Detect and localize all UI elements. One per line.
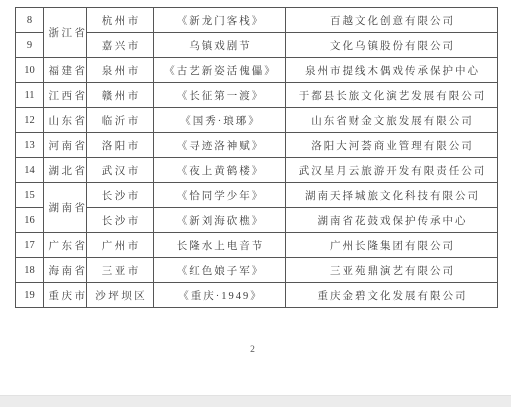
table-row: 12 山东省 临沂市 《国秀·琅琊》 山东省财金文旅发展有限公司	[16, 108, 498, 133]
city-cell: 沙坪坝区	[87, 283, 154, 308]
show-title-cell: 《夜上黄鹤楼》	[154, 158, 286, 183]
show-title-cell: 《长征第一渡》	[154, 83, 286, 108]
company-cell: 洛阳大河荟商业管理有限公司	[286, 133, 498, 158]
city-cell: 临沂市	[87, 108, 154, 133]
table-row: 11 江西省 赣州市 《长征第一渡》 于都县长旅文化演艺发展有限公司	[16, 83, 498, 108]
show-title-cell: 《新刘海砍樵》	[154, 208, 286, 233]
row-number-cell: 12	[16, 108, 44, 133]
table-row: 16 长沙市 《新刘海砍樵》 湖南省花鼓戏保护传承中心	[16, 208, 498, 233]
city-cell: 武汉市	[87, 158, 154, 183]
show-title-cell: 《古艺新姿活傀儡》	[154, 58, 286, 83]
company-cell: 武汉星月云旅游开发有限责任公司	[286, 158, 498, 183]
row-number-cell: 9	[16, 33, 44, 58]
show-title-cell: 《新龙门客栈》	[154, 8, 286, 33]
row-number-cell: 18	[16, 258, 44, 283]
row-number-cell: 19	[16, 283, 44, 308]
company-cell: 三亚苑鼎演艺有限公司	[286, 258, 498, 283]
province-cell: 海南省	[44, 258, 87, 283]
city-cell: 赣州市	[87, 83, 154, 108]
company-cell: 百越文化创意有限公司	[286, 8, 498, 33]
show-title-cell: 《国秀·琅琊》	[154, 108, 286, 133]
city-cell: 广州市	[87, 233, 154, 258]
page-number: 2	[0, 345, 505, 355]
province-cell: 河南省	[44, 133, 87, 158]
row-number-cell: 15	[16, 183, 44, 208]
row-number-cell: 8	[16, 8, 44, 33]
table-row: 10 福建省 泉州市 《古艺新姿活傀儡》 泉州市提线木偶戏传承保护中心	[16, 58, 498, 83]
row-number-cell: 17	[16, 233, 44, 258]
table-row: 13 河南省 洛阳市 《寻迹洛神赋》 洛阳大河荟商业管理有限公司	[16, 133, 498, 158]
row-number-cell: 11	[16, 83, 44, 108]
city-cell: 三亚市	[87, 258, 154, 283]
company-cell: 于都县长旅文化演艺发展有限公司	[286, 83, 498, 108]
show-title-cell: 乌镇戏剧节	[154, 33, 286, 58]
table-row: 18 海南省 三亚市 《红色娘子军》 三亚苑鼎演艺有限公司	[16, 258, 498, 283]
city-cell: 泉州市	[87, 58, 154, 83]
table-row: 15 湖南省 长沙市 《恰同学少年》 湖南天择城旅文化科技有限公司	[16, 183, 498, 208]
company-cell: 广州长隆集团有限公司	[286, 233, 498, 258]
company-cell: 湖南天择城旅文化科技有限公司	[286, 183, 498, 208]
province-cell: 江西省	[44, 83, 87, 108]
province-cell: 重庆市	[44, 283, 87, 308]
city-cell: 嘉兴市	[87, 33, 154, 58]
company-cell: 泉州市提线木偶戏传承保护中心	[286, 58, 498, 83]
viewer-background-strip	[0, 395, 511, 407]
province-cell: 福建省	[44, 58, 87, 83]
province-cell: 湖南省	[44, 183, 87, 233]
row-number-cell: 10	[16, 58, 44, 83]
show-title-cell: 《寻迹洛神赋》	[154, 133, 286, 158]
province-cell: 广东省	[44, 233, 87, 258]
city-cell: 洛阳市	[87, 133, 154, 158]
document-page: 8 浙江省 杭州市 《新龙门客栈》 百越文化创意有限公司 9 嘉兴市 乌镇戏剧节…	[0, 0, 511, 407]
province-cell: 山东省	[44, 108, 87, 133]
company-cell: 文化乌镇股份有限公司	[286, 33, 498, 58]
show-title-cell: 《恰同学少年》	[154, 183, 286, 208]
row-number-cell: 16	[16, 208, 44, 233]
show-title-cell: 长隆水上电音节	[154, 233, 286, 258]
company-cell: 湖南省花鼓戏保护传承中心	[286, 208, 498, 233]
row-number-cell: 13	[16, 133, 44, 158]
table-row: 14 湖北省 武汉市 《夜上黄鹤楼》 武汉星月云旅游开发有限责任公司	[16, 158, 498, 183]
company-cell: 山东省财金文旅发展有限公司	[286, 108, 498, 133]
table-row: 17 广东省 广州市 长隆水上电音节 广州长隆集团有限公司	[16, 233, 498, 258]
row-number-cell: 14	[16, 158, 44, 183]
province-cell: 浙江省	[44, 8, 87, 58]
table-row: 9 嘉兴市 乌镇戏剧节 文化乌镇股份有限公司	[16, 33, 498, 58]
show-title-cell: 《重庆·1949》	[154, 283, 286, 308]
city-cell: 长沙市	[87, 183, 154, 208]
company-cell: 重庆金碧文化发展有限公司	[286, 283, 498, 308]
province-cell: 湖北省	[44, 158, 87, 183]
city-cell: 杭州市	[87, 8, 154, 33]
show-title-cell: 《红色娘子军》	[154, 258, 286, 283]
approved-projects-table: 8 浙江省 杭州市 《新龙门客栈》 百越文化创意有限公司 9 嘉兴市 乌镇戏剧节…	[15, 7, 498, 308]
table-row: 19 重庆市 沙坪坝区 《重庆·1949》 重庆金碧文化发展有限公司	[16, 283, 498, 308]
city-cell: 长沙市	[87, 208, 154, 233]
table-row: 8 浙江省 杭州市 《新龙门客栈》 百越文化创意有限公司	[16, 8, 498, 33]
